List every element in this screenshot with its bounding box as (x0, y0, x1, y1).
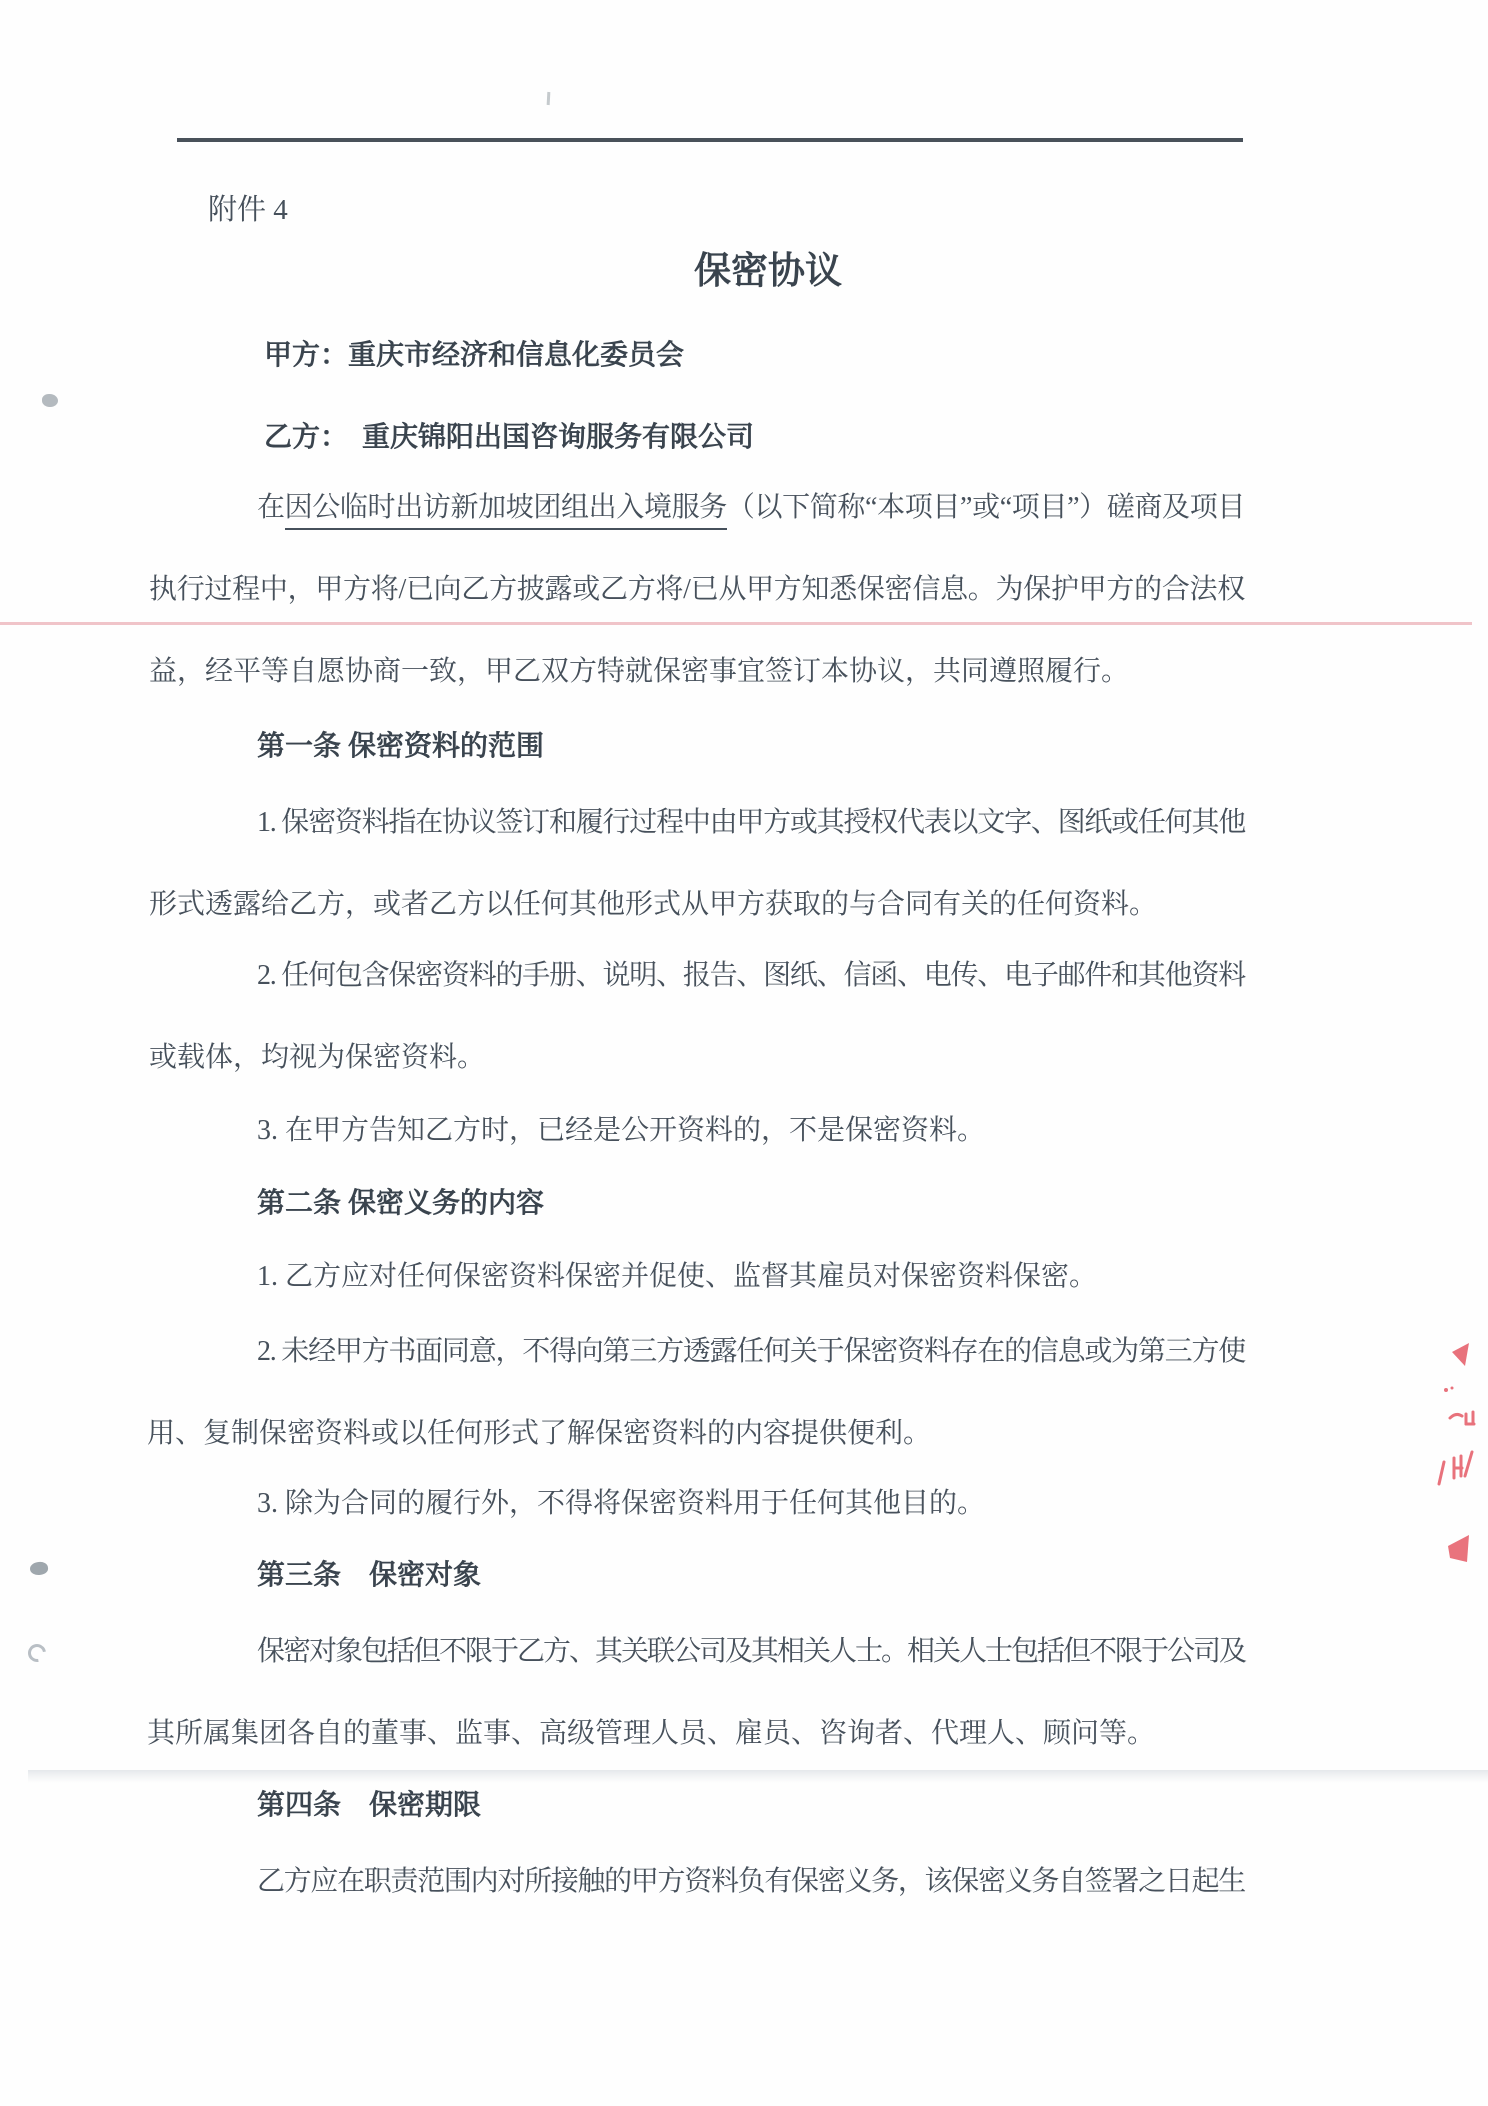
preamble-line-1-text: 在 (257, 492, 285, 523)
article-1-item-3-text: 3. 在甲方告知乙方时，已经是公开资料的，不是保密资料。 (257, 1115, 985, 1146)
article-2-item-2-line-1: 2. 未经甲方书面同意，不得向第三方透露任何关于保密资料存在的信息或为第三方使 (257, 1338, 1245, 1366)
article-1-heading: 第一条 保密资料的范围 (257, 733, 544, 761)
scan-artifact-smudge (29, 1561, 49, 1576)
article-3-body-line-1: 保密对象包括但不限于乙方、其关联公司及其相关人士。相关人士包括但不限于公司及 (257, 1638, 1245, 1666)
article-1-item-2-line-1: 2. 任何包含保密资料的手册、说明、报告、图纸、信函、电传、电子邮件和其他资料 (257, 962, 1245, 990)
article-1-heading-text: 第一条 保密资料的范围 (257, 731, 544, 762)
article-1-item-2-line-2-text: 或载体，均视为保密资料。 (149, 1042, 485, 1073)
article-1-item-1-line-1-text: 1. 保密资料指在协议签订和履行过程中由甲方或其授权代表以文字、图纸或任何其他 (257, 807, 1245, 838)
party-b-line: 乙方： 重庆锦阳出国咨询服务有限公司 (264, 424, 754, 452)
scan-artifact-tick (547, 92, 551, 105)
preamble-line-3-text: 益，经平等自愿协商一致，甲乙双方特就保密事宜签订本协议，共同遵照履行。 (149, 656, 1129, 687)
scanned-contract-page: 附件 4 保密协议 甲方：重庆市经济和信息化委员会乙方： 重庆锦阳出国咨询服务有… (0, 0, 1488, 2106)
header-rule (177, 138, 1243, 142)
article-2-item-3: 3. 除为合同的履行外，不得将保密资料用于任何其他目的。 (257, 1490, 985, 1518)
party-a-line: 甲方：重庆市经济和信息化委员会 (264, 342, 684, 370)
article-3-heading-text: 第三条 保密对象 (257, 1560, 481, 1591)
article-1-item-1-line-1: 1. 保密资料指在协议签订和履行过程中由甲方或其授权代表以文字、图纸或任何其他 (257, 809, 1245, 837)
article-4-body-line-1: 乙方应在职责范围内对所接触的甲方资料负有保密义务，该保密义务自签署之日起生 (257, 1868, 1245, 1896)
article-2-item-3-text: 3. 除为合同的履行外，不得将保密资料用于任何其他目的。 (257, 1488, 985, 1519)
party-a-line-text: 甲方：重庆市经济和信息化委员会 (264, 340, 684, 371)
article-2-item-2-line-2-text: 用、复制保密资料或以任何形式了解保密资料的内容提供便利。 (147, 1418, 931, 1449)
article-2-item-2-line-2: 用、复制保密资料或以任何形式了解保密资料的内容提供便利。 (147, 1420, 931, 1448)
article-3-heading: 第三条 保密对象 (257, 1562, 481, 1590)
preamble-line-1: 在因公临时出访新加坡团组出入境服务（以下简称“本项目”或“项目”）磋商及项目 (257, 494, 1245, 522)
scan-artifact-pink-line (0, 622, 1472, 625)
article-3-body-line-1-text: 保密对象包括但不限于乙方、其关联公司及其相关人士。相关人士包括但不限于公司及 (257, 1636, 1245, 1667)
preamble-line-3: 益，经平等自愿协商一致，甲乙双方特就保密事宜签订本协议，共同遵照履行。 (149, 658, 1129, 686)
article-1-item-3: 3. 在甲方告知乙方时，已经是公开资料的，不是保密资料。 (257, 1117, 985, 1145)
article-4-body-line-1-text: 乙方应在职责范围内对所接触的甲方资料负有保密义务，该保密义务自签署之日起生 (257, 1866, 1245, 1897)
scan-artifact-gray-band (28, 1770, 1488, 1783)
article-1-item-1-line-2: 形式透露给乙方，或者乙方以任何其他形式从甲方获取的与合同有关的任何资料。 (149, 891, 1157, 919)
preamble-line-2-text: 执行过程中，甲方将/已向乙方披露或乙方将/已从甲方知悉保密信息。为保护甲方的合法… (149, 574, 1245, 605)
article-2-heading-text: 第二条 保密义务的内容 (257, 1188, 544, 1219)
article-2-item-1-text: 1. 乙方应对任何保密资料保密并促使、监督其雇员对保密资料保密。 (257, 1261, 1097, 1292)
article-3-body-line-2-text: 其所属集团各自的董事、监事、高级管理人员、雇员、咨询者、代理人、顾问等。 (147, 1718, 1155, 1749)
scan-artifact-smudge (42, 394, 58, 407)
article-3-body-line-2: 其所属集团各自的董事、监事、高级管理人员、雇员、咨询者、代理人、顾问等。 (147, 1720, 1155, 1748)
article-2-item-2-line-1-text: 2. 未经甲方书面同意，不得向第三方透露任何关于保密资料存在的信息或为第三方使 (257, 1336, 1245, 1367)
page-title: 保密协议 (694, 253, 842, 290)
party-b-line-text: 乙方： 重庆锦阳出国咨询服务有限公司 (264, 422, 754, 453)
preamble-line-2: 执行过程中，甲方将/已向乙方披露或乙方将/已从甲方知悉保密信息。为保护甲方的合法… (149, 576, 1245, 604)
article-2-heading: 第二条 保密义务的内容 (257, 1190, 544, 1218)
red-ink-marks (1436, 1330, 1488, 1580)
article-1-item-2-line-2: 或载体，均视为保密资料。 (149, 1044, 485, 1072)
article-4-heading: 第四条 保密期限 (257, 1792, 481, 1820)
article-1-item-2-line-1-text: 2. 任何包含保密资料的手册、说明、报告、图纸、信函、电传、电子邮件和其他资料 (257, 960, 1245, 991)
article-1-item-1-line-2-text: 形式透露给乙方，或者乙方以任何其他形式从甲方获取的与合同有关的任何资料。 (149, 889, 1157, 920)
article-2-item-1: 1. 乙方应对任何保密资料保密并促使、监督其雇员对保密资料保密。 (257, 1263, 1097, 1291)
preamble-line-1-text-underlined: 因公临时出访新加坡团组出入境服务 (285, 492, 727, 530)
scan-artifact-smudge (24, 1640, 49, 1665)
attachment-label: 附件 4 (208, 196, 288, 225)
article-4-heading-text: 第四条 保密期限 (257, 1790, 481, 1821)
preamble-line-1-text: （以下简称“本项目”或“项目”）磋商及项目 (727, 492, 1245, 523)
